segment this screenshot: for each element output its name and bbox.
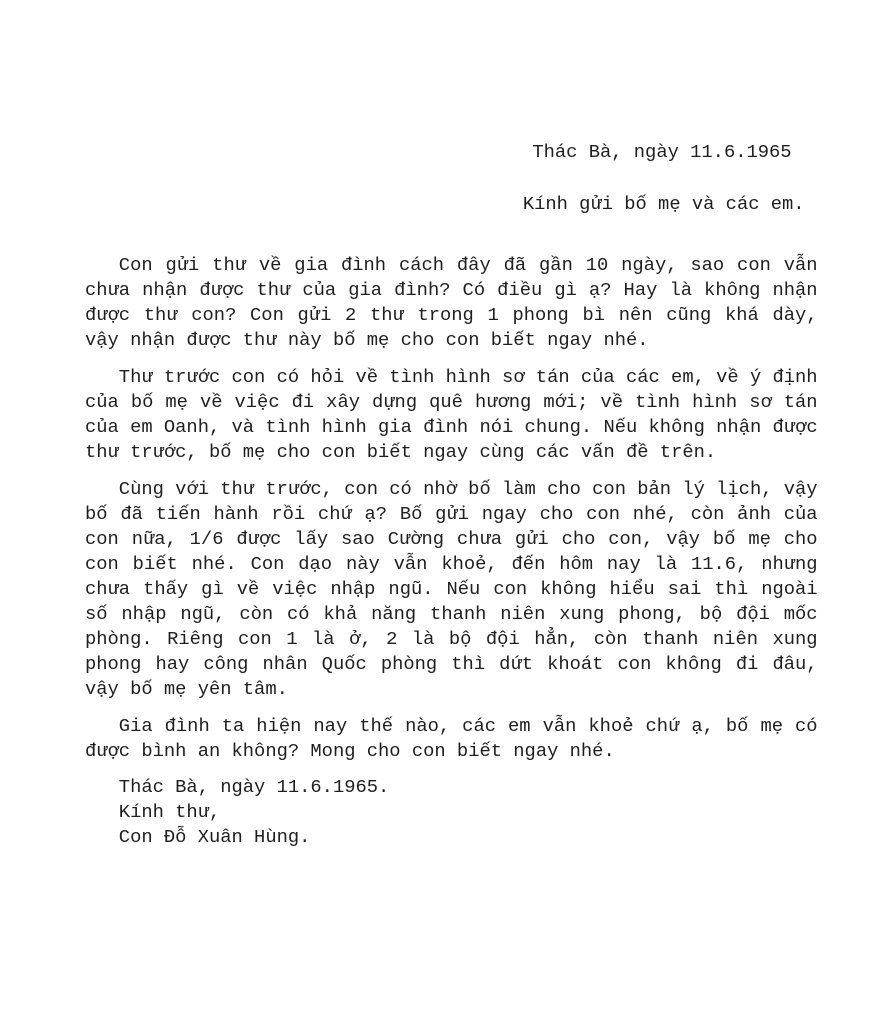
letter-paragraph-2: Thư trước con có hỏi về tình hình sơ tán… [85,365,818,465]
closing-signature: Con Đỗ Xuân Hùng. [119,825,818,850]
salutation: Kính gửi bố mẹ và các em. [85,192,818,217]
closing-regards: Kính thư, [119,800,818,825]
dateline: Thác Bà, ngày 11.6.1965 [85,140,818,165]
closing-place-date: Thác Bà, ngày 11.6.1965. [119,775,818,800]
closing-block: Thác Bà, ngày 11.6.1965. Kính thư, Con Đ… [85,775,818,850]
letter-paragraph-3: Cùng với thư trước, con có nhờ bố làm ch… [85,477,818,702]
letter-document: Thác Bà, ngày 11.6.1965 Kính gửi bố mẹ v… [0,0,878,1024]
letter-content: Thác Bà, ngày 11.6.1965 Kính gửi bố mẹ v… [85,140,818,850]
letter-paragraph-1: Con gửi thư về gia đình cách đây đã gần … [85,253,818,353]
letter-paragraph-4: Gia đình ta hiện nay thế nào, các em vẫn… [85,714,818,764]
